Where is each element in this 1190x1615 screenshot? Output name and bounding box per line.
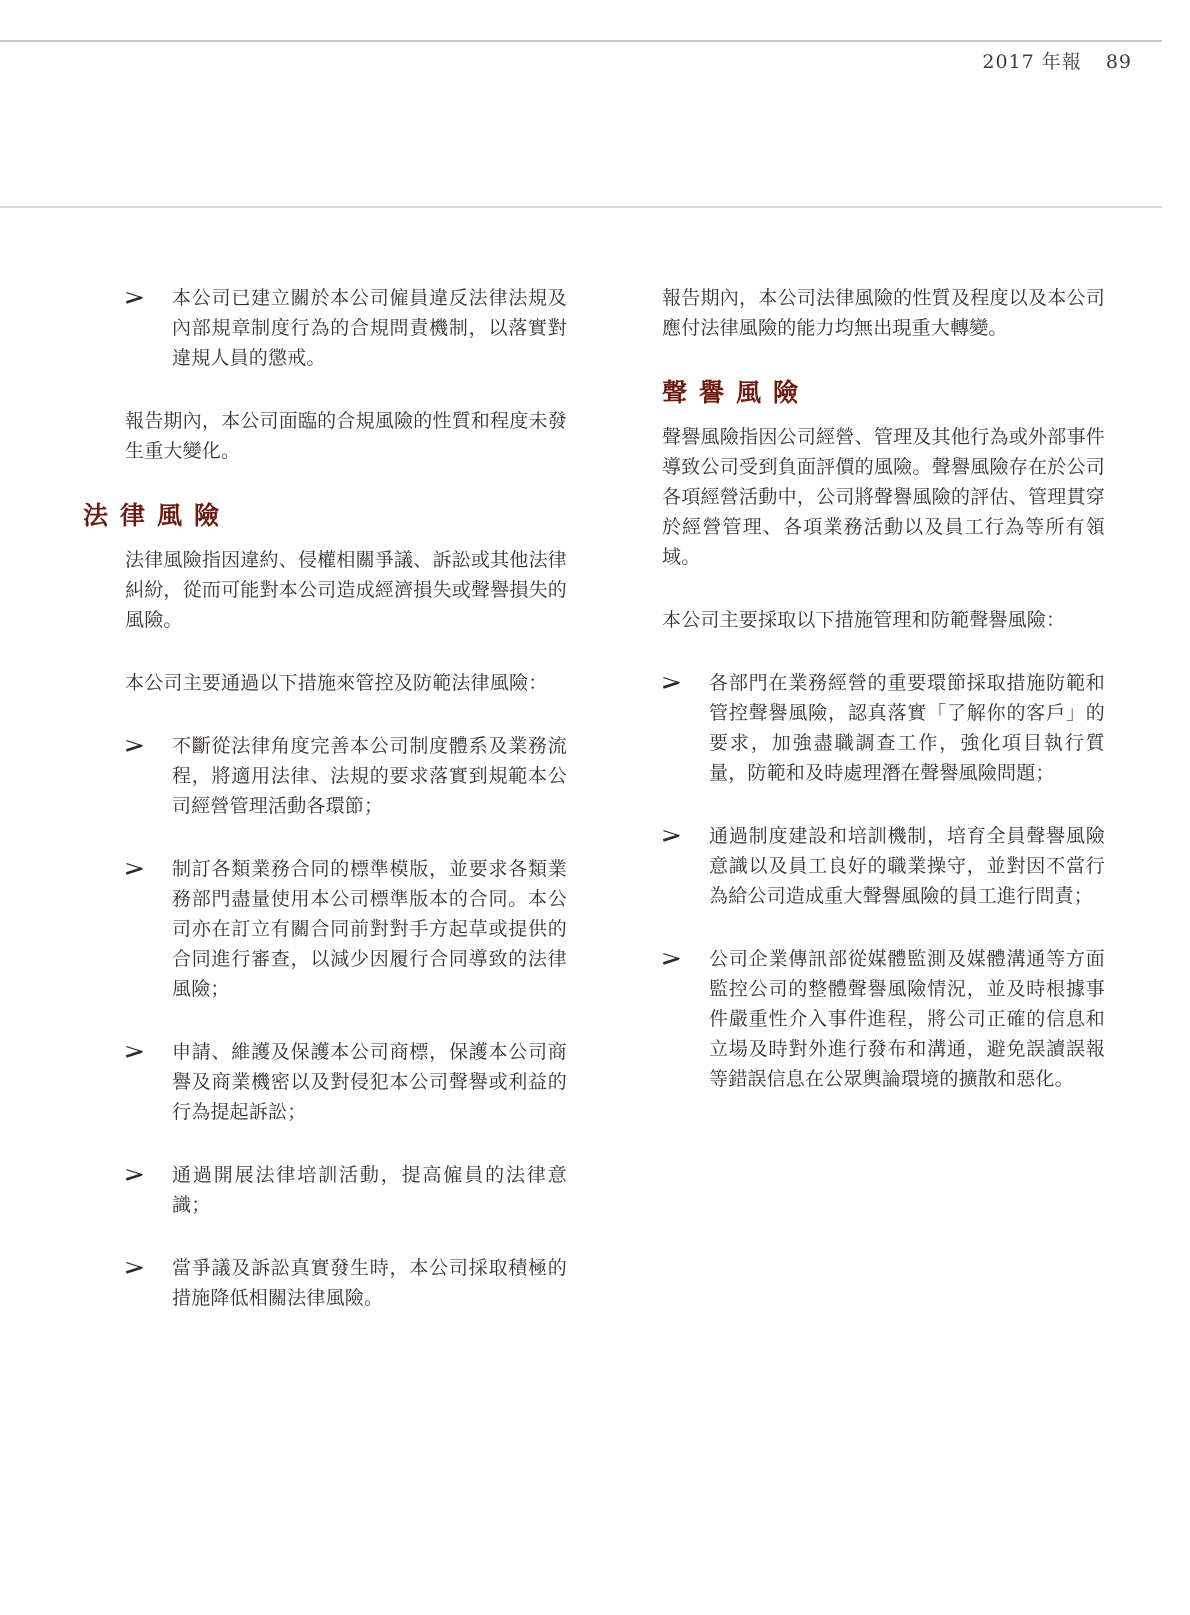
arrowhead-bullet-icon [125,854,172,1004]
section-heading-legal-risk: 法律風險 [83,499,567,533]
bullet-item: 公司企業傳訊部從媒體監測及媒體溝通等方面監控公司的整體聲譽風險情況，並及時根據事… [662,944,1105,1094]
arrowhead-bullet-icon [662,668,709,788]
paragraph: 法律風險指因違約、侵權相關爭議、訴訟或其他法律糾紛，從而可能對本公司造成經濟損失… [125,545,567,635]
bullet-text: 各部門在業務經營的重要環節採取措施防範和管控聲譽風險，認真落實「了解你的客戶」的… [709,668,1105,788]
header-rule-bottom [0,206,1162,208]
bullet-item: 制訂各類業務合同的標準模版，並要求各類業務部門盡量使用本公司標準版本的合同。本公… [125,854,567,1004]
right-column: 報告期內，本公司法律風險的性質及程度以及本公司應付法律風險的能力均無出現重大轉變… [662,283,1105,1127]
paragraph: 本公司主要通過以下措施來管控及防範法律風險： [125,668,567,698]
page-header: 2017 年報89 [982,47,1132,74]
bullet-item: 當爭議及訴訟真實發生時，本公司採取積極的措施降低相關法律風險。 [125,1253,567,1313]
left-column: 本公司已建立關於本公司僱員違反法律法規及內部規章制度行為的合規問責機制，以落實對… [83,283,567,1346]
paragraph: 報告期內，本公司法律風險的性質及程度以及本公司應付法律風險的能力均無出現重大轉變… [662,283,1105,343]
report-title: 2017 年報 [982,51,1081,73]
bullet-text: 通過制度建設和培訓機制，培育全員聲譽風險意識以及員工良好的職業操守，並對因不當行… [709,821,1105,911]
bullet-text: 不斷從法律角度完善本公司制度體系及業務流程，將適用法律、法規的要求落實到規範本公… [172,731,567,821]
paragraph: 聲譽風險指因公司經營、管理及其他行為或外部事件導致公司受到負面評價的風險。聲譽風… [662,422,1105,572]
bullet-item: 通過開展法律培訓活動，提高僱員的法律意識； [125,1160,567,1220]
section-heading-reputation-risk: 聲譽風險 [662,376,1105,410]
header-rule-top [0,40,1162,42]
bullet-text: 當爭議及訴訟真實發生時，本公司採取積極的措施降低相關法律風險。 [172,1253,567,1313]
arrowhead-bullet-icon [125,283,172,373]
arrowhead-bullet-icon [662,944,709,1094]
bullet-text: 制訂各類業務合同的標準模版，並要求各類業務部門盡量使用本公司標準版本的合同。本公… [172,854,567,1004]
bullet-item: 本公司已建立關於本公司僱員違反法律法規及內部規章制度行為的合規問責機制，以落實對… [125,283,567,373]
bullet-item: 申請、維護及保護本公司商標，保護本公司商譽及商業機密以及對侵犯本公司聲譽或利益的… [125,1037,567,1127]
arrowhead-bullet-icon [125,731,172,821]
bullet-text: 公司企業傳訊部從媒體監測及媒體溝通等方面監控公司的整體聲譽風險情況，並及時根據事… [709,944,1105,1094]
bullet-item: 不斷從法律角度完善本公司制度體系及業務流程，將適用法律、法規的要求落實到規範本公… [125,731,567,821]
arrowhead-bullet-icon [125,1037,172,1127]
paragraph: 本公司主要採取以下措施管理和防範聲譽風險： [662,605,1105,635]
arrowhead-bullet-icon [662,821,709,911]
arrowhead-bullet-icon [125,1253,172,1313]
document-page: 2017 年報89 本公司已建立關於本公司僱員違反法律法規及內部規章制度行為的合… [0,0,1190,1615]
paragraph: 報告期內，本公司面臨的合規風險的性質和程度未發生重大變化。 [125,406,567,466]
arrowhead-bullet-icon [125,1160,172,1220]
page-number: 89 [1106,51,1132,73]
bullet-text: 通過開展法律培訓活動，提高僱員的法律意識； [172,1160,567,1220]
bullet-text: 申請、維護及保護本公司商標，保護本公司商譽及商業機密以及對侵犯本公司聲譽或利益的… [172,1037,567,1127]
bullet-text: 本公司已建立關於本公司僱員違反法律法規及內部規章制度行為的合規問責機制，以落實對… [172,283,567,373]
bullet-item: 通過制度建設和培訓機制，培育全員聲譽風險意識以及員工良好的職業操守，並對因不當行… [662,821,1105,911]
bullet-item: 各部門在業務經營的重要環節採取措施防範和管控聲譽風險，認真落實「了解你的客戶」的… [662,668,1105,788]
